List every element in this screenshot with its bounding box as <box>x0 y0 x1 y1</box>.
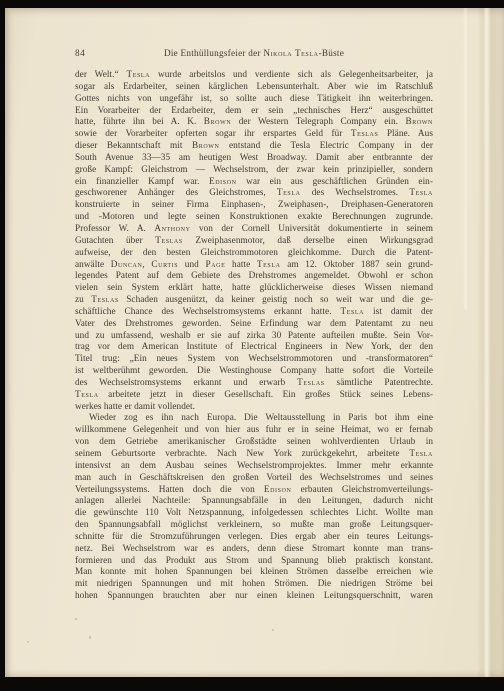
smallcaps-name: Tesla <box>277 188 301 198</box>
smallcaps-name: Duncan <box>111 260 143 270</box>
text-line: Tesla arbeitete jetzt in dieser Gesellsc… <box>75 390 433 402</box>
text-line: werkes hatte er damit vollendet. <box>75 402 433 414</box>
running-title: Die Enthüllungsfeier der Nikola Tesla-Bü… <box>164 48 344 58</box>
smallcaps-name: Tesla <box>409 449 433 459</box>
text-line: trag vor dem American Institute of Elect… <box>75 342 433 354</box>
text-line: von dem Getriebe amerikanischer Großstäd… <box>75 437 433 449</box>
paper-speck <box>27 641 29 643</box>
smallcaps-name: Tesla <box>75 390 99 400</box>
text-line: intensivst an dem Ausbau seines Wechsels… <box>75 461 433 473</box>
text-line: große Kampf: Gleichstrom — Wechselstrom,… <box>75 165 433 177</box>
smallcaps-name: Tesla <box>409 188 433 198</box>
text-line: sogar als Erdarbeiter, seinen kärglichen… <box>75 82 433 94</box>
text-line: geschworener Anhänger des Gleichstromes,… <box>75 188 433 200</box>
text-line: schnitte für die Stromzuführungen verleg… <box>75 532 433 544</box>
smallcaps-name: Tesla <box>257 260 281 270</box>
paper-speck <box>89 636 91 639</box>
text-line: willkommene Gelegenheit und von hier aus… <box>75 425 433 437</box>
book-photo: 84 Die Enthüllungsfeier der Nikola Tesla… <box>0 0 504 691</box>
text-line: und zu umfassend, weshalb er sie auf zir… <box>75 331 433 343</box>
text-line: formieren und das Produkt aus Strom und … <box>75 556 433 568</box>
text-line: Man konnte mit hohen Spannungen bei klei… <box>75 567 433 579</box>
smallcaps-name: Curtis <box>151 260 178 270</box>
text-line: ist weltberühmt geworden. Die Westinghou… <box>75 366 433 378</box>
smallcaps-name: Teslas <box>91 295 119 305</box>
text-line: hatte, führte ihn bei A. K. Brown der We… <box>75 117 433 129</box>
text-line: die gewünschte 110 Volt Netzspannung, in… <box>75 508 433 520</box>
text-line: legendes Patent auf dem Gebiete des Dreh… <box>75 271 433 283</box>
text-line: mit niedrigen Spannungen und mit hohen S… <box>75 579 433 591</box>
text-line: Gutachten über Teslas Zweiphasenmotor, d… <box>75 236 433 248</box>
smallcaps-name: Brown <box>192 141 220 151</box>
text-line: man auch in Geschäftskreisen den großen … <box>75 473 433 485</box>
text-line: des Wechselstromsystems erkannt und erwa… <box>75 378 433 390</box>
smallcaps-name: Brown <box>204 117 232 127</box>
text-line: netz. Bei Wechselstrom war es anders, de… <box>75 544 433 556</box>
text-line: Wieder zog es ihn nach Europa. Die Welta… <box>75 413 433 425</box>
text-line: anlagen allerlei Nachteile: Spannungsabf… <box>75 496 433 508</box>
text-line: Professor W. A. Anthony von der Cornell … <box>75 224 433 236</box>
page-edge-highlight <box>463 8 468 309</box>
paper-speck <box>272 629 274 631</box>
text-line: zu Teslas Schaden ausgenützt, da keiner … <box>75 295 433 307</box>
page-number: 84 <box>75 46 85 60</box>
text-line: seinem Geburtsorte verbrachte. Nach New … <box>75 449 433 461</box>
smallcaps-name: Tesla <box>340 307 364 317</box>
smallcaps-name: Brown <box>405 117 433 127</box>
smallcaps-name: Anthony <box>154 224 190 234</box>
text-line: Titel trug: „Ein neues System von Wechse… <box>75 354 433 366</box>
text-line: konstruierte in seiner Firma Einphasen-,… <box>75 200 433 212</box>
text-line: aufweise, der den besten Gleichstrommoto… <box>75 248 433 260</box>
text-line: schäftliche Chance des Wechselstromsyste… <box>75 307 433 319</box>
text-line: sowie der Vorarbeiter opferten sogar ihr… <box>75 129 433 141</box>
page-edge-crease <box>477 8 504 677</box>
screenshot-root: { "colors": { "background": "#0b0907", "… <box>0 0 504 691</box>
smallcaps-name: Teslas <box>155 236 183 246</box>
paper-speck <box>75 618 77 620</box>
smallcaps-name: Teslas <box>351 129 379 139</box>
smallcaps-name: Edison <box>264 485 292 495</box>
smallcaps-name: Teslas <box>297 378 325 388</box>
text-line: Ein Vorarbeiter der Erdarbeiter, dem er … <box>75 106 433 118</box>
text-line: und -Motoren und legte seinen Konstrukti… <box>75 212 433 224</box>
text-line: Verteilungssystems. Hatten doch die von … <box>75 485 433 497</box>
text-line: der Welt.“ Tesla wurde arbeitslos und ve… <box>75 70 433 82</box>
book-page: 84 Die Enthüllungsfeier der Nikola Tesla… <box>5 8 504 677</box>
page-header: 84 Die Enthüllungsfeier der Nikola Tesla… <box>75 46 433 60</box>
text-line: hohen Spannungen brauchten aber nur eine… <box>75 591 433 603</box>
text-line: dieser Bekanntschaft mit Brown entstand … <box>75 141 433 153</box>
text-line: ein finanzieller Kampf war. Edison war e… <box>75 177 433 189</box>
text-line: anwälte Duncan, Curtis und Page hatte Te… <box>75 260 433 272</box>
smallcaps-name: Page <box>205 260 225 270</box>
text-line: Gottes nichts von ungefähr ist, so sollt… <box>75 94 433 106</box>
text-line: Vater des Drehstromes geworden. Seine Er… <box>75 319 433 331</box>
smallcaps-name: Tesla <box>126 70 150 80</box>
text-line: den Spannungsabfall möglichst verkleiner… <box>75 520 433 532</box>
body-text: der Welt.“ Tesla wurde arbeitslos und ve… <box>75 70 433 603</box>
smallcaps-name: Edison <box>209 177 237 187</box>
text-line: South Avenue 33—35 am heutigen West Broa… <box>75 153 433 165</box>
text-line: vielen sein System erklärt hatte, hatte … <box>75 283 433 295</box>
smallcaps-name: Nikola Tesla <box>263 48 318 58</box>
